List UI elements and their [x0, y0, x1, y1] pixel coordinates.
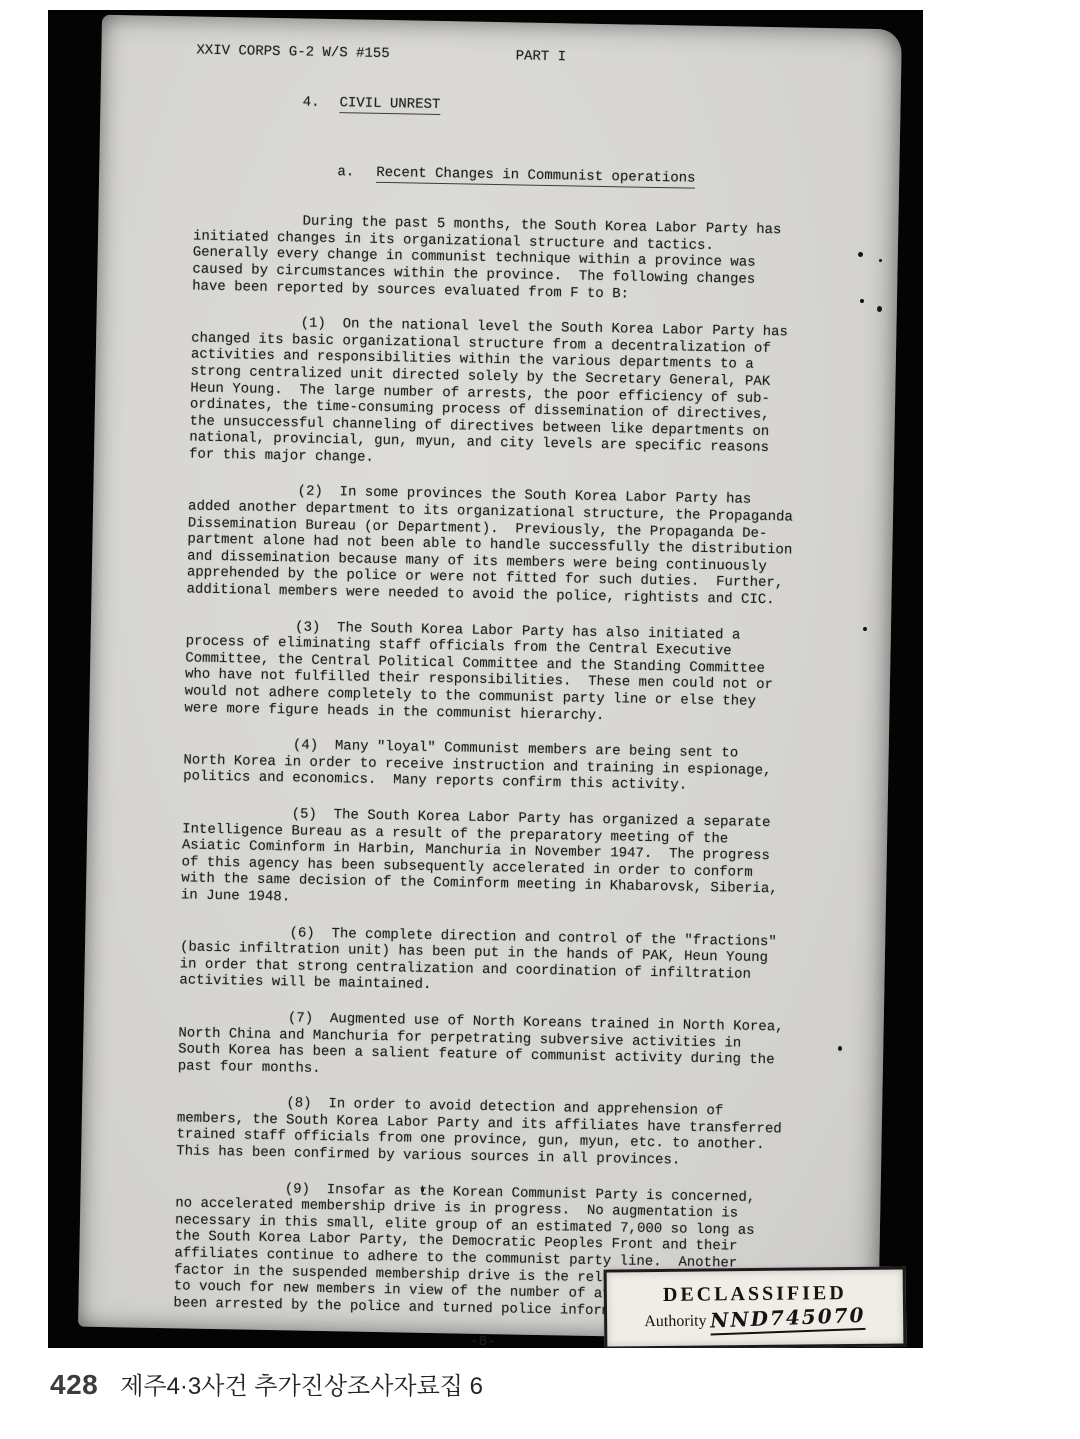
stamp-title: DECLASSIFIED: [663, 1282, 847, 1306]
paragraph: (1) On the national level the South Kore…: [189, 314, 812, 475]
section-number: 4.: [303, 95, 320, 111]
section-title: CIVIL UNREST: [339, 95, 440, 115]
dust-speck: [879, 259, 882, 262]
dust-speck: [877, 306, 882, 312]
document-body: During the past 5 months, the South Kore…: [173, 212, 813, 1323]
subsection-title: Recent Changes in Communist operations: [376, 165, 696, 189]
photo-area: XXIV CORPS G-2 W/S #155 PART I 4.CIVIL U…: [48, 10, 923, 1348]
footer-page-number: 428: [50, 1369, 98, 1401]
footer-caption: 428 제주4·3사건 추가진상조사자료집 6: [50, 1366, 483, 1401]
dust-speck: [421, 1188, 424, 1192]
subsection-letter: a.: [337, 164, 354, 180]
paragraph: (8) In order to avoid detection and appr…: [176, 1094, 797, 1172]
paragraph: (2) In some provinces the South Korea La…: [186, 482, 808, 609]
header-left-text: XXIV CORPS G-2 W/S #155: [196, 43, 390, 63]
paragraph: (5) The South Korea Labor Party has orga…: [181, 804, 803, 915]
scanned-page: XXIV CORPS G-2 W/S #155 PART I 4.CIVIL U…: [78, 15, 902, 1341]
stamp-authority-number: NND745070: [710, 1301, 866, 1335]
footer-book-title: 제주4·3사건 추가진상조사자료집 6: [120, 1366, 483, 1401]
paragraph: (6) The complete direction and control o…: [179, 923, 800, 1001]
document-header: XXIV CORPS G-2 W/S #155 PART I: [196, 43, 816, 71]
paragraph: During the past 5 months, the South Kore…: [192, 212, 813, 306]
declassified-stamp: DECLASSIFIED Authority NND745070: [604, 1266, 907, 1348]
header-right-text: PART I: [515, 48, 566, 66]
paragraph: (3) The South Korea Labor Party has also…: [184, 617, 806, 728]
stamp-authority: Authority NND745070: [644, 1303, 866, 1334]
document-content: XXIV CORPS G-2 W/S #155 PART I 4.CIVIL U…: [78, 15, 817, 1348]
dust-speck: [863, 627, 867, 631]
dust-speck: [858, 252, 863, 257]
paragraph: (7) Augmented use of North Koreans train…: [178, 1008, 799, 1086]
section-heading: 4.CIVIL UNREST: [235, 77, 816, 137]
stamp-authority-label: Authority: [644, 1308, 706, 1335]
subsection-heading: a.Recent Changes in Communist operations: [270, 146, 815, 206]
dust-speck: [860, 299, 864, 303]
paragraph: (4) Many "loyal" Communist members are b…: [183, 736, 804, 797]
dust-speck: [838, 1046, 842, 1051]
